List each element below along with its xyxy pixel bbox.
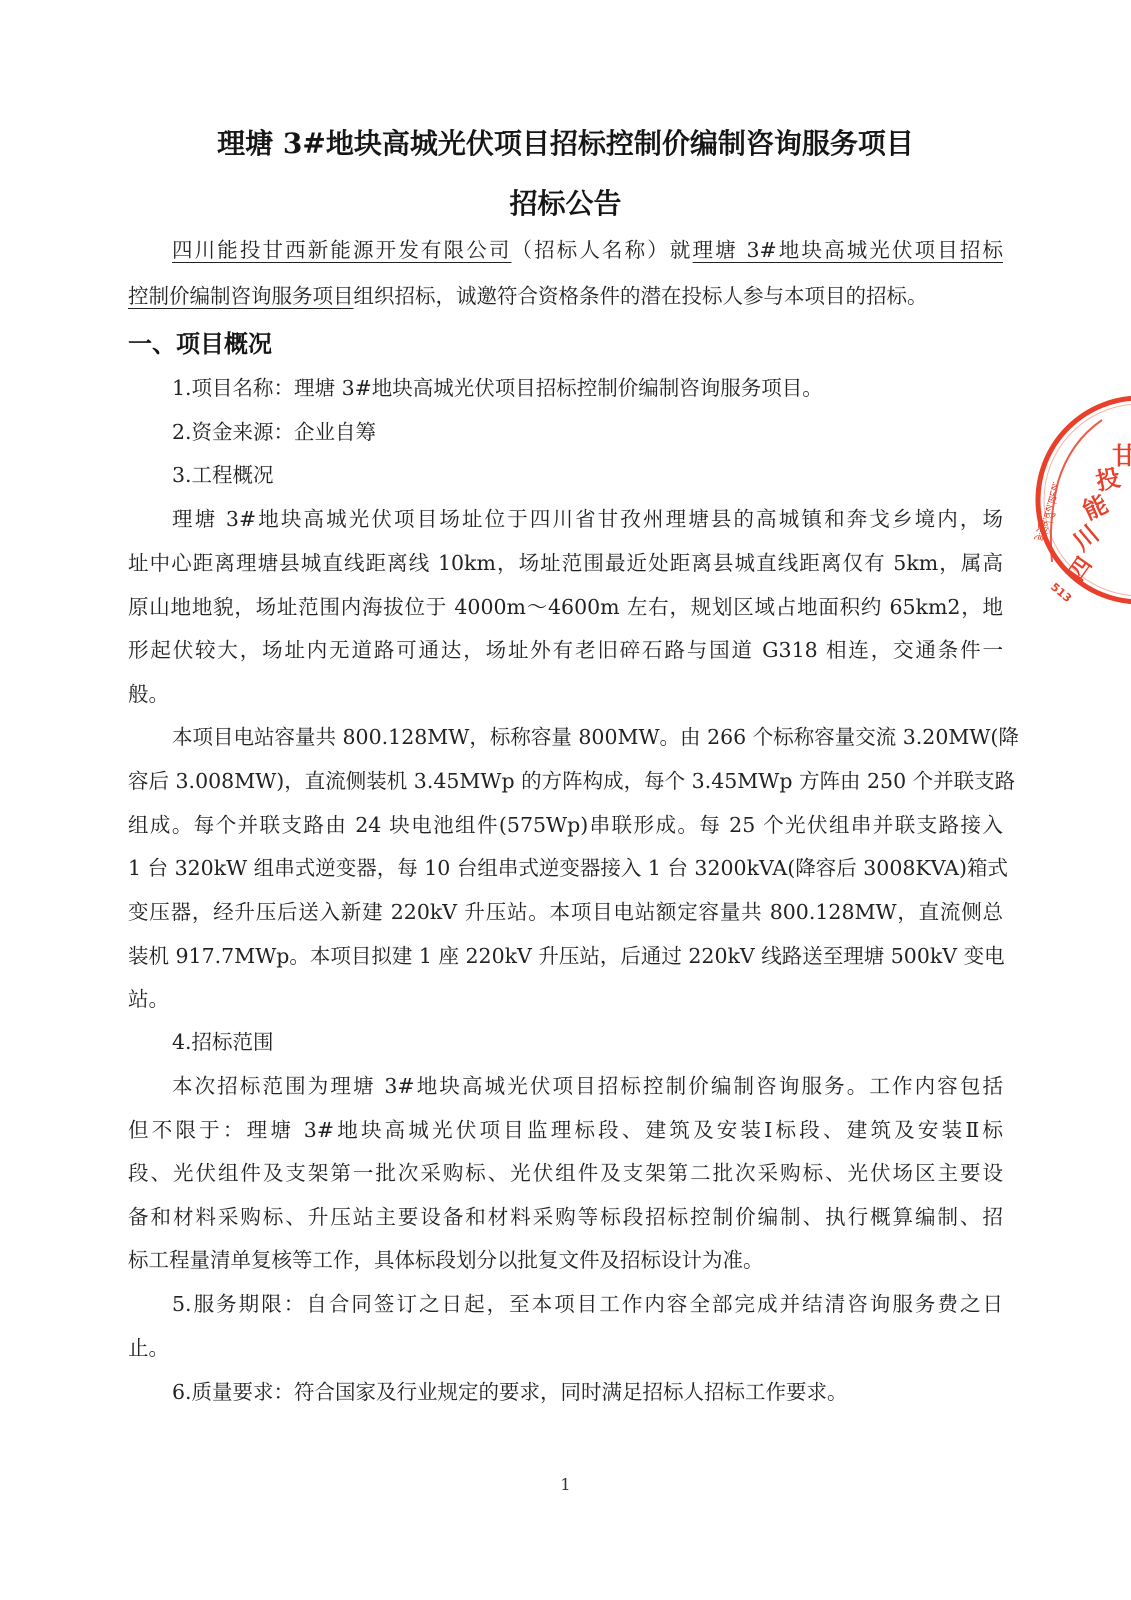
svg-text:甘: 甘 <box>1112 442 1131 470</box>
overview-p2-line: 变压器，经升压后送入新建 220kV 升压站。本项目电站额定容量共 800.12… <box>128 898 1003 926</box>
intro-line-2: 控制价编制咨询服务项目组织招标，诚邀符合资格条件的潜在投标人参与本项目的招标。 <box>128 282 1003 310</box>
item-scope-heading: 4.招标范围 <box>172 1028 1003 1056</box>
project-name-part1: 理塘 3#地块高城光伏项目招标 <box>693 238 1003 262</box>
overview-p2-line: 本项目电站容量共 800.128MW，标称容量 800MW。由 266 个标称容… <box>172 723 1003 751</box>
item-overview-heading: 3.工程概况 <box>172 461 1003 489</box>
tenderer-note: （招标人名称）就 <box>511 238 692 262</box>
overview-p2-line: 装机 917.7MWp。本项目拟建 1 座 220kV 升压站，后通过 220k… <box>128 942 1003 970</box>
document-title: 理塘 3#地块高城光伏项目招标控制价编制咨询服务项目 <box>0 122 1131 162</box>
section-heading-overview: 一、项目概况 <box>128 324 272 359</box>
scope-line: 备和材料采购标、升压站主要设备和材料采购等标段招标控制价编制、执行概算编制、招 <box>128 1203 1003 1231</box>
svg-text:能: 能 <box>1079 490 1113 526</box>
document-page: 理塘 3#地块高城光伏项目招标控制价编制咨询服务项目 招标公告 四川能投甘西新能… <box>0 0 1131 1600</box>
project-name-part2: 控制价编制咨询服务项目 <box>128 284 354 308</box>
overview-p2-line: 容后 3.008MW)，直流侧装机 3.45MWp 的方阵构成，每个 3.45M… <box>128 767 1003 795</box>
svg-text:四: 四 <box>1064 553 1097 585</box>
company-seal-stamp: 四 川 能 投 甘 513 ཟེ་ཁྲོན་ནུས་ཁུངས་ <box>1022 392 1131 607</box>
document-subtitle: 招标公告 <box>0 182 1131 222</box>
scope-line: 标工程量清单复核等工作，具体标段划分以批复文件及招标设计为准。 <box>128 1246 1003 1274</box>
intro-line-1: 四川能投甘西新能源开发有限公司（招标人名称）就理塘 3#地块高城光伏项目招标 <box>172 236 1003 264</box>
item-quality-requirement: 6.质量要求：符合国家及行业规定的要求，同时满足招标人招标工作要求。 <box>172 1378 1003 1406</box>
scope-line: 本次招标范围为理塘 3#地块高城光伏项目招标控制价编制咨询服务。工作内容包括 <box>172 1072 1003 1100</box>
overview-p1-line: 形起伏较大，场址内无道路可通达，场址外有老旧碎石路与国道 G318 相连，交通条… <box>128 636 1003 664</box>
intro-rest: 组织招标，诚邀符合资格条件的潜在投标人参与本项目的招标。 <box>354 284 928 308</box>
item-service-period: 5.服务期限：自合同签订之日起，至本项目工作内容全部完成并结清咨询服务费之日 <box>172 1290 1003 1318</box>
overview-p1-line: 理塘 3#地块高城光伏项目场址位于四川省甘孜州理塘县的高城镇和奔戈乡境内，场 <box>172 505 1003 533</box>
seal-icon: 四 川 能 投 甘 513 ཟེ་ཁྲོན་ནུས་ཁུངས་ <box>1022 392 1131 607</box>
page-number: 1 <box>0 1475 1131 1494</box>
scope-line: 但不限于：理塘 3#地块高城光伏项目监理标段、建筑及安装Ⅰ标段、建筑及安装Ⅱ标 <box>128 1116 1003 1144</box>
overview-p2-line: 组成。每个并联支路由 24 块电池组件(575Wp)串联形成。每 25 个光伏组… <box>128 811 1003 839</box>
overview-p1-line: 原山地地貌，场址范围内海拔位于 4000m～4600m 左右，规划区域占地面积约… <box>128 593 1003 621</box>
svg-text:513: 513 <box>1048 580 1074 605</box>
item-project-name: 1.项目名称：理塘 3#地块高城光伏项目招标控制价编制咨询服务项目。 <box>172 374 1003 402</box>
item-funding-source: 2.资金来源：企业自筹 <box>172 418 1003 446</box>
overview-p2-line: 站。 <box>128 985 1003 1013</box>
tenderer-name: 四川能投甘西新能源开发有限公司 <box>172 238 511 262</box>
scope-line: 段、光伏组件及支架第一批次采购标、光伏组件及支架第二批次采购标、光伏场区主要设 <box>128 1159 1003 1187</box>
overview-p1-line: 址中心距离理塘县城直线距离线 10km，场址范围最近处距离县城直线距离仅有 5k… <box>128 549 1003 577</box>
overview-p2-line: 1 台 320kW 组串式逆变器，每 10 台组串式逆变器接入 1 台 3200… <box>128 854 1003 882</box>
overview-p1-line: 般。 <box>128 680 1003 708</box>
svg-text:川: 川 <box>1068 520 1104 557</box>
item-service-period-cont: 止。 <box>128 1334 1003 1362</box>
